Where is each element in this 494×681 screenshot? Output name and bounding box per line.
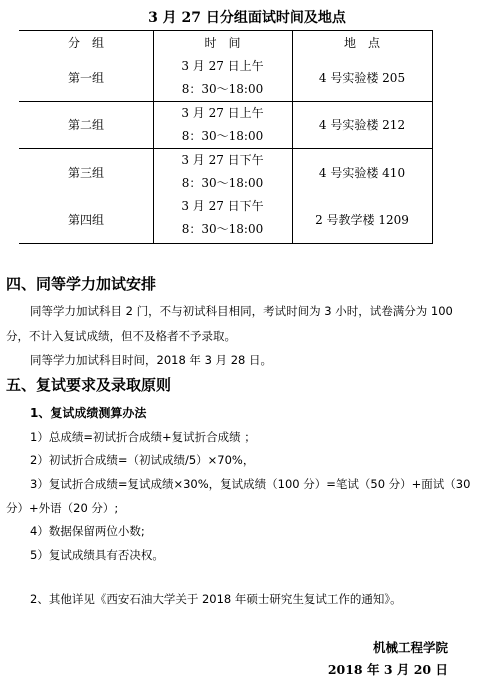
section5-heading: 五、复试要求及录取原则	[6, 374, 171, 395]
header-time: 时 间	[153, 32, 292, 55]
formula-item-2: 2）初试折合成绩=（初试成绩/5）×70%，	[30, 452, 254, 468]
row1-time: 8：30～18:00	[153, 78, 292, 101]
row3-place: 4 号实验楼 410	[292, 162, 432, 185]
row2-time: 8：30～18:00	[153, 125, 292, 148]
row3-date: 3 月 27 日下午	[153, 149, 292, 172]
formula-item-4: 4）数据保留两位小数;	[30, 523, 145, 539]
row4-place: 2 号教学楼 1209	[292, 209, 432, 232]
row3-group: 第三组	[19, 162, 153, 185]
row4-group: 第四组	[19, 209, 153, 232]
row1-group: 第一组	[19, 67, 153, 90]
row2-group: 第二组	[19, 114, 153, 137]
formula-item-1: 1）总成绩=初试折合成绩+复试折合成绩 ；	[30, 429, 256, 445]
row1-place: 4 号实验楼 205	[292, 67, 432, 90]
formula-item-3: 3）复试折合成绩=复试成绩×30%，复试成绩（100 分）=笔试（50 分）+面…	[30, 476, 470, 492]
row4-date: 3 月 27 日下午	[153, 195, 292, 218]
row4-time: 8：30～18:00	[153, 218, 292, 241]
row1-date: 3 月 27 日上午	[153, 55, 292, 78]
table-title: 3 月 27 日分组面试时间及地点	[0, 7, 494, 27]
header-place: 地 点	[292, 32, 432, 55]
row2-date: 3 月 27 日上午	[153, 102, 292, 125]
signature-org: 机械工程学院	[373, 638, 448, 656]
section4-heading: 四、同等学力加试安排	[6, 273, 156, 294]
header-group: 分 组	[19, 32, 153, 55]
row3-time: 8：30～18:00	[153, 172, 292, 195]
section4-para2: 同等学力加试科目时间，2018 年 3 月 28 日。	[30, 352, 272, 368]
formula-item-3-cont: 分）+外语（20 分）;	[6, 500, 118, 516]
row2-place: 4 号实验楼 212	[292, 114, 432, 137]
section4-para1-line1: 同等学力加试科目 2 门，不与初试科目相同，考试时间为 3 小时，试卷满分为 1…	[30, 303, 453, 319]
signature-date: 2018 年 3 月 20 日	[328, 660, 448, 678]
formula-item-5: 5）复试成绩具有否决权。	[30, 547, 164, 563]
section5-sub1: 1、复试成绩测算办法	[30, 404, 146, 421]
schedule-table: 分 组 时 间 地 点 第一组 3 月 27 日上午 8：30～18:00 4 …	[19, 30, 433, 244]
section5-sub2: 2、其他详见《西安石油大学关于 2018 年硕士研究生复试工作的通知》。	[30, 591, 402, 607]
section4-para1-line2: 分，不计入复试成绩，但不及格者不予录取。	[6, 328, 236, 344]
